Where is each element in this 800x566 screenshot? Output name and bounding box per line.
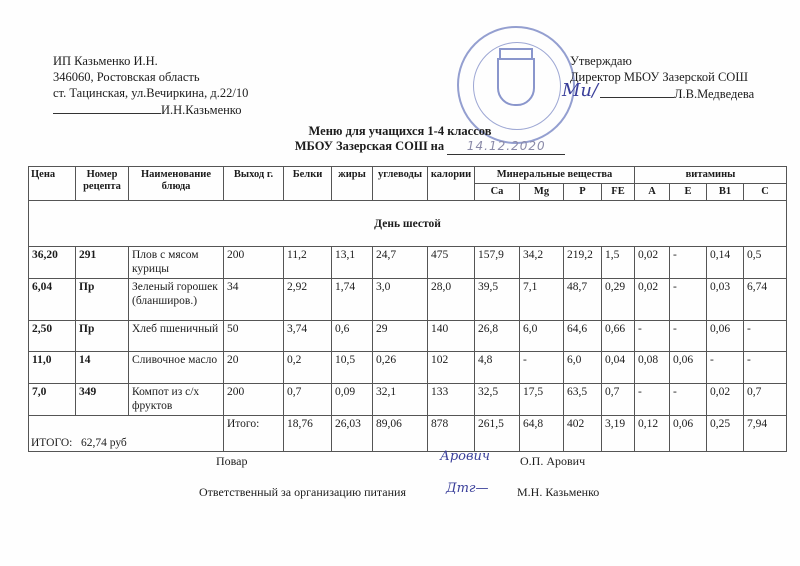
totals-label: Итого: [224,416,284,452]
responsible-signature: Дтг— [446,481,488,496]
cell-price: 2,50 [29,321,76,352]
cell-dish: Хлеб пшеничный [129,321,224,352]
cell-e: - [670,247,707,279]
cell-e: - [670,279,707,321]
col-calories: калории [428,167,475,201]
cell-recipe: 14 [76,352,129,384]
cell-fat: 10,5 [332,352,373,384]
approval-block: Утверждаю Директор МБОУ Зазерской СОШ Ми… [570,53,754,102]
cell-fe: 0,7 [602,384,635,416]
total-a: 0,12 [635,416,670,452]
signature-blank [53,101,161,114]
supplier-name: ИП Казьменко И.Н. [53,53,248,69]
total-e: 0,06 [670,416,707,452]
cell-mg: - [520,352,564,384]
cell-fat: 0,09 [332,384,373,416]
total-c: 7,94 [744,416,787,452]
supplier-signature-line: И.Н.Казьменко [53,101,248,118]
cell-fat: 13,1 [332,247,373,279]
total-carbs: 89,06 [373,416,428,452]
cell-price: 6,04 [29,279,76,321]
cook-name: О.П. Арович [520,454,585,469]
cell-carbs: 24,7 [373,247,428,279]
total-calories: 878 [428,416,475,452]
cell-b1: 0,03 [707,279,744,321]
col-recipe: Номер рецепта [76,167,129,201]
cell-price: 11,0 [29,352,76,384]
cell-a: - [635,321,670,352]
cell-dish: Компот из с/х фруктов [129,384,224,416]
col-fe: FE [602,184,635,201]
table-row: 11,014Сливочное масло200,210,50,261024,8… [29,352,787,384]
cell-ca: 26,8 [475,321,520,352]
title-line2: МБОУ Зазерская СОШ на 14.12.2020 [0,139,800,155]
cook-signature: Арович [440,449,490,464]
cell-yield: 200 [224,384,284,416]
cell-p: 48,7 [564,279,602,321]
cell-c: 6,74 [744,279,787,321]
cell-calories: 475 [428,247,475,279]
total-cost: ИТОГО: 62,74 руб [29,416,224,452]
stamp-crown-icon [499,48,533,58]
col-price: Цена [29,167,76,201]
col-e: E [670,184,707,201]
cell-ca: 32,5 [475,384,520,416]
cell-ca: 157,9 [475,247,520,279]
col-dish: Наименование блюда [129,167,224,201]
totals-row: ИТОГО: 62,74 руб Итого: 18,76 26,03 89,0… [29,416,787,452]
cell-protein: 11,2 [284,247,332,279]
total-cost-value: 62,74 руб [81,437,127,449]
cell-calories: 140 [428,321,475,352]
cell-protein: 3,74 [284,321,332,352]
total-fat: 26,03 [332,416,373,452]
cell-e: 0,06 [670,352,707,384]
col-minerals: Минеральные вещества [475,167,635,184]
supplier-signer: И.Н.Казьменко [161,103,242,117]
cell-carbs: 32,1 [373,384,428,416]
cell-mg: 17,5 [520,384,564,416]
menu-rows: 36,20291Плов с мясом курицы20011,213,124… [29,247,787,416]
cell-yield: 50 [224,321,284,352]
menu-table: Цена Номер рецепта Наименование блюда Вы… [28,166,787,452]
cell-ca: 4,8 [475,352,520,384]
col-protein: Белки [284,167,332,201]
menu-date: 14.12.2020 [447,139,565,155]
cell-e: - [670,384,707,416]
cell-mg: 34,2 [520,247,564,279]
signature-blank [600,85,674,98]
col-a: A [635,184,670,201]
total-fe: 3,19 [602,416,635,452]
cell-calories: 28,0 [428,279,475,321]
cell-e: - [670,321,707,352]
total-ca: 261,5 [475,416,520,452]
responsible-label: Ответственный за организацию питания [199,485,406,500]
col-fat: жиры [332,167,373,201]
table-row: 36,20291Плов с мясом курицы20011,213,124… [29,247,787,279]
col-carbs: углеводы [373,167,428,201]
col-b1: B1 [707,184,744,201]
responsible-name: М.Н. Казьменко [517,485,599,500]
approval-signer: Л.В.Медведева [674,87,754,101]
total-mg: 64,8 [520,416,564,452]
cell-yield: 200 [224,247,284,279]
cell-c: - [744,321,787,352]
cell-b1: 0,14 [707,247,744,279]
cell-recipe: Пр [76,321,129,352]
cell-a: 0,02 [635,279,670,321]
cell-yield: 20 [224,352,284,384]
cell-dish: Плов с мясом курицы [129,247,224,279]
col-ca: Ca [475,184,520,201]
total-protein: 18,76 [284,416,332,452]
cook-label: Повар [216,454,248,469]
school-name: МБОУ Зазерская СОШ на [295,139,444,153]
col-c: C [744,184,787,201]
cell-p: 219,2 [564,247,602,279]
cell-carbs: 0,26 [373,352,428,384]
table-row: 6,04ПрЗеленый горошек (бланширов.)342,92… [29,279,787,321]
cell-dish: Зеленый горошек (бланширов.) [129,279,224,321]
cell-protein: 0,2 [284,352,332,384]
cell-b1: 0,06 [707,321,744,352]
approval-signature-line: Ми/ Л.В.Медведева [570,85,754,102]
cell-fe: 0,66 [602,321,635,352]
cell-yield: 34 [224,279,284,321]
supplier-postal: 346060, Ростовская область [53,69,248,85]
cell-c: 0,7 [744,384,787,416]
cell-ca: 39,5 [475,279,520,321]
cell-calories: 102 [428,352,475,384]
approval-title: Утверждаю [570,53,754,69]
day-row: День шестой [29,201,787,247]
cell-protein: 0,7 [284,384,332,416]
cell-protein: 2,92 [284,279,332,321]
cell-p: 6,0 [564,352,602,384]
document-title: Меню для учащихся 1-4 классов МБОУ Зазер… [0,124,800,155]
cell-fe: 0,04 [602,352,635,384]
col-mg: Mg [520,184,564,201]
cell-fat: 0,6 [332,321,373,352]
cell-mg: 6,0 [520,321,564,352]
cell-price: 36,20 [29,247,76,279]
total-p: 402 [564,416,602,452]
cell-p: 63,5 [564,384,602,416]
cell-calories: 133 [428,384,475,416]
cell-recipe: 291 [76,247,129,279]
cell-recipe: 349 [76,384,129,416]
cell-b1: 0,02 [707,384,744,416]
col-vitamins: витамины [635,167,787,184]
cell-recipe: Пр [76,279,129,321]
cell-c: - [744,352,787,384]
title-line1: Меню для учащихся 1-4 классов [0,124,800,139]
cell-fe: 1,5 [602,247,635,279]
cell-a: 0,02 [635,247,670,279]
cell-p: 64,6 [564,321,602,352]
director-signature: Ми/ [562,83,598,99]
cell-b1: - [707,352,744,384]
cell-mg: 7,1 [520,279,564,321]
cell-price: 7,0 [29,384,76,416]
cell-carbs: 29 [373,321,428,352]
total-b1: 0,25 [707,416,744,452]
total-cost-label: ИТОГО: [31,437,72,449]
header-row: Цена Номер рецепта Наименование блюда Вы… [29,167,787,184]
col-p: P [564,184,602,201]
col-yield: Выход г. [224,167,284,201]
supplier-address: ст. Тацинская, ул.Вечиркина, д.22/10 [53,85,248,101]
cell-fe: 0,29 [602,279,635,321]
stamp-crest-icon [497,58,535,106]
cell-dish: Сливочное масло [129,352,224,384]
cell-a: 0,08 [635,352,670,384]
day-label: День шестой [29,201,787,247]
table-row: 7,0349Компот из с/х фруктов2000,70,0932,… [29,384,787,416]
cell-a: - [635,384,670,416]
cell-c: 0,5 [744,247,787,279]
cell-carbs: 3,0 [373,279,428,321]
supplier-block: ИП Казьменко И.Н. 346060, Ростовская обл… [53,53,248,118]
cell-fat: 1,74 [332,279,373,321]
table-row: 2,50ПрХлеб пшеничный503,740,62914026,86,… [29,321,787,352]
